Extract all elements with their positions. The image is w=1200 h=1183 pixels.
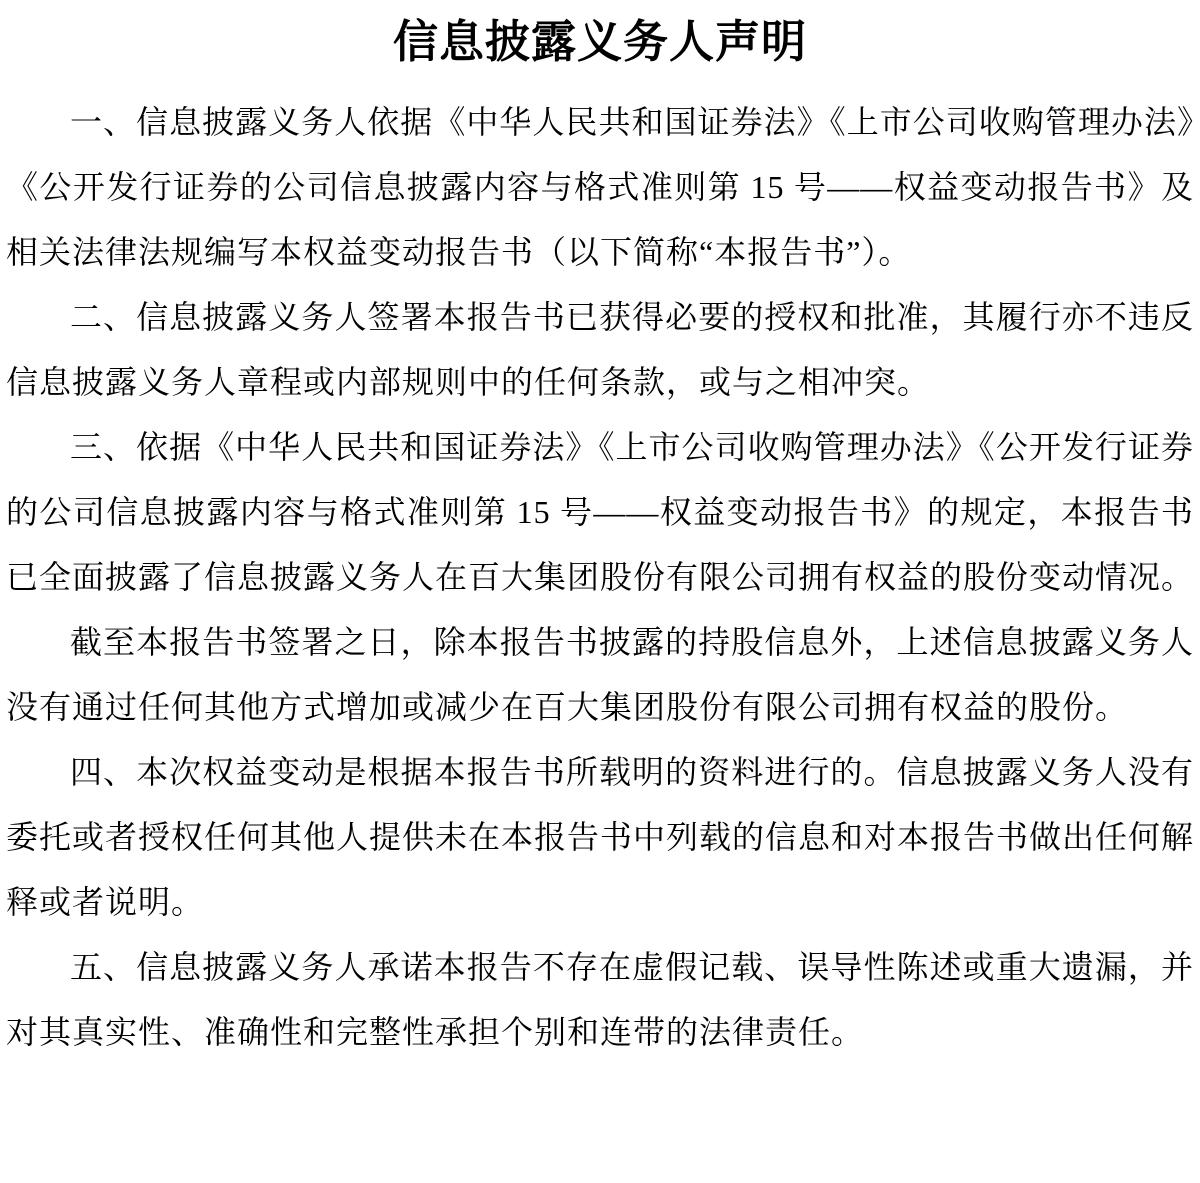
- paragraph-4: 截至本报告书签署之日，除本报告书披露的持股信息外，上述信息披露义务人没有通过任何…: [6, 610, 1194, 740]
- paragraph-6: 五、信息披露义务人承诺本报告不存在虚假记载、误导性陈述或重大遗漏，并对其真实性、…: [6, 935, 1194, 1065]
- paragraph-3: 三、依据《中华人民共和国证券法》《上市公司收购管理办法》《公开发行证券的公司信息…: [6, 415, 1194, 610]
- page-title: 信息披露义务人声明: [6, 14, 1194, 70]
- paragraph-5: 四、本次权益变动是根据本报告书所载明的资料进行的。信息披露义务人没有委托或者授权…: [6, 740, 1194, 935]
- paragraph-1: 一、信息披露义务人依据《中华人民共和国证券法》《上市公司收购管理办法》《公开发行…: [6, 90, 1194, 285]
- document-body: 一、信息披露义务人依据《中华人民共和国证券法》《上市公司收购管理办法》《公开发行…: [6, 90, 1194, 1065]
- paragraph-2: 二、信息披露义务人签署本报告书已获得必要的授权和批准，其履行亦不违反信息披露义务…: [6, 285, 1194, 415]
- document-page: 信息披露义务人声明 一、信息披露义务人依据《中华人民共和国证券法》《上市公司收购…: [0, 0, 1200, 1183]
